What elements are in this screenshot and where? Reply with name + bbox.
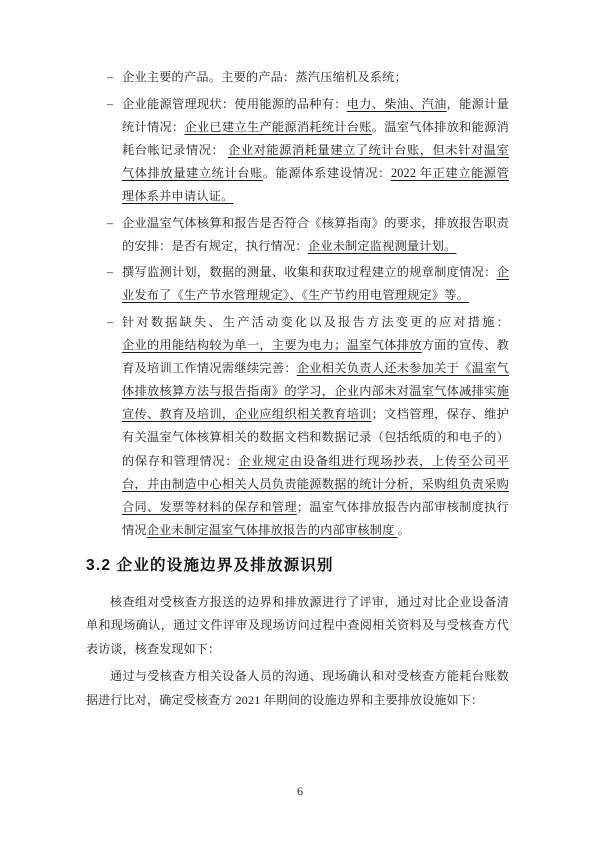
underlined-text: 电力、柴油、汽油	[347, 97, 447, 111]
text-run: 企业能源管理现状：使用能源的品种有：	[122, 97, 347, 111]
paragraph-block: 核查组对受核查方报送的边界和排放源进行了评审，通过对比企业设备清单和现场确认，通…	[86, 591, 509, 713]
bullet-dash-marker: –	[107, 66, 113, 89]
list-item: –撰写监测计划，数据的测量、收集和获取过程建立的规章制度情况：企业发布了《生产节…	[86, 261, 509, 307]
document-page: –企业主要的产品。主要的产品：蒸汽压缩机及系统；–企业能源管理现状：使用能源的品…	[0, 0, 600, 849]
list-item: –企业主要的产品。主要的产品：蒸汽压缩机及系统；	[86, 66, 509, 89]
bullet-dash-marker: –	[107, 261, 113, 284]
text-run: 企业主要的产品。主要的产品：蒸汽压缩机及系统；	[122, 70, 407, 84]
bullet-dash-marker: –	[107, 212, 113, 235]
bullet-list: –企业主要的产品。主要的产品：蒸汽压缩机及系统；–企业能源管理现状：使用能源的品…	[86, 66, 509, 542]
underlined-text: 企业未制定温室气体排放报告的内部审核制度	[147, 523, 398, 537]
underlined-text: 企业未制定监视测量计划。	[308, 239, 457, 253]
list-item: –企业温室气体核算和报告是否符合《核算指南》的要求，排放报告职责的安排：是否有规…	[86, 212, 509, 258]
list-item: –针对数据缺失、生产活动变化以及报告方法变更的应对措施：企业的用能结构较为单一，…	[86, 311, 509, 542]
list-item: –企业能源管理现状：使用能源的品种有：电力、柴油、汽油，能源计量统计情况：企业已…	[86, 93, 509, 208]
page-number: 6	[0, 784, 600, 799]
underlined-text: 企业已建立生产能源消耗统计台账	[184, 120, 371, 134]
text-run: 针对数据缺失、生产活动变化以及报告方法变更的应对措施：	[122, 311, 509, 334]
text-run: 。能源体系建设情况：	[263, 166, 391, 180]
section-heading: 3.2 企业的设施边界及排放源识别	[86, 554, 509, 578]
page-content: –企业主要的产品。主要的产品：蒸汽压缩机及系统；–企业能源管理现状：使用能源的品…	[86, 66, 509, 712]
text-run: 撰写监测计划，数据的测量、收集和获取过程建立的规章制度情况：	[122, 265, 497, 279]
bullet-dash-marker: –	[107, 311, 113, 334]
text-run: 。	[398, 523, 410, 537]
bullet-dash-marker: –	[107, 93, 113, 116]
body-paragraph: 核查组对受核查方报送的边界和排放源进行了评审，通过对比企业设备清单和现场确认，通…	[86, 591, 509, 662]
body-paragraph: 通过与受核查方相关设备人员的沟通、现场确认和对受核查方能耗台账数据进行比对，确定…	[86, 665, 509, 712]
underlined-text: 企业的用能结构较为单一，主要为电力；温室气体排放	[122, 338, 422, 352]
